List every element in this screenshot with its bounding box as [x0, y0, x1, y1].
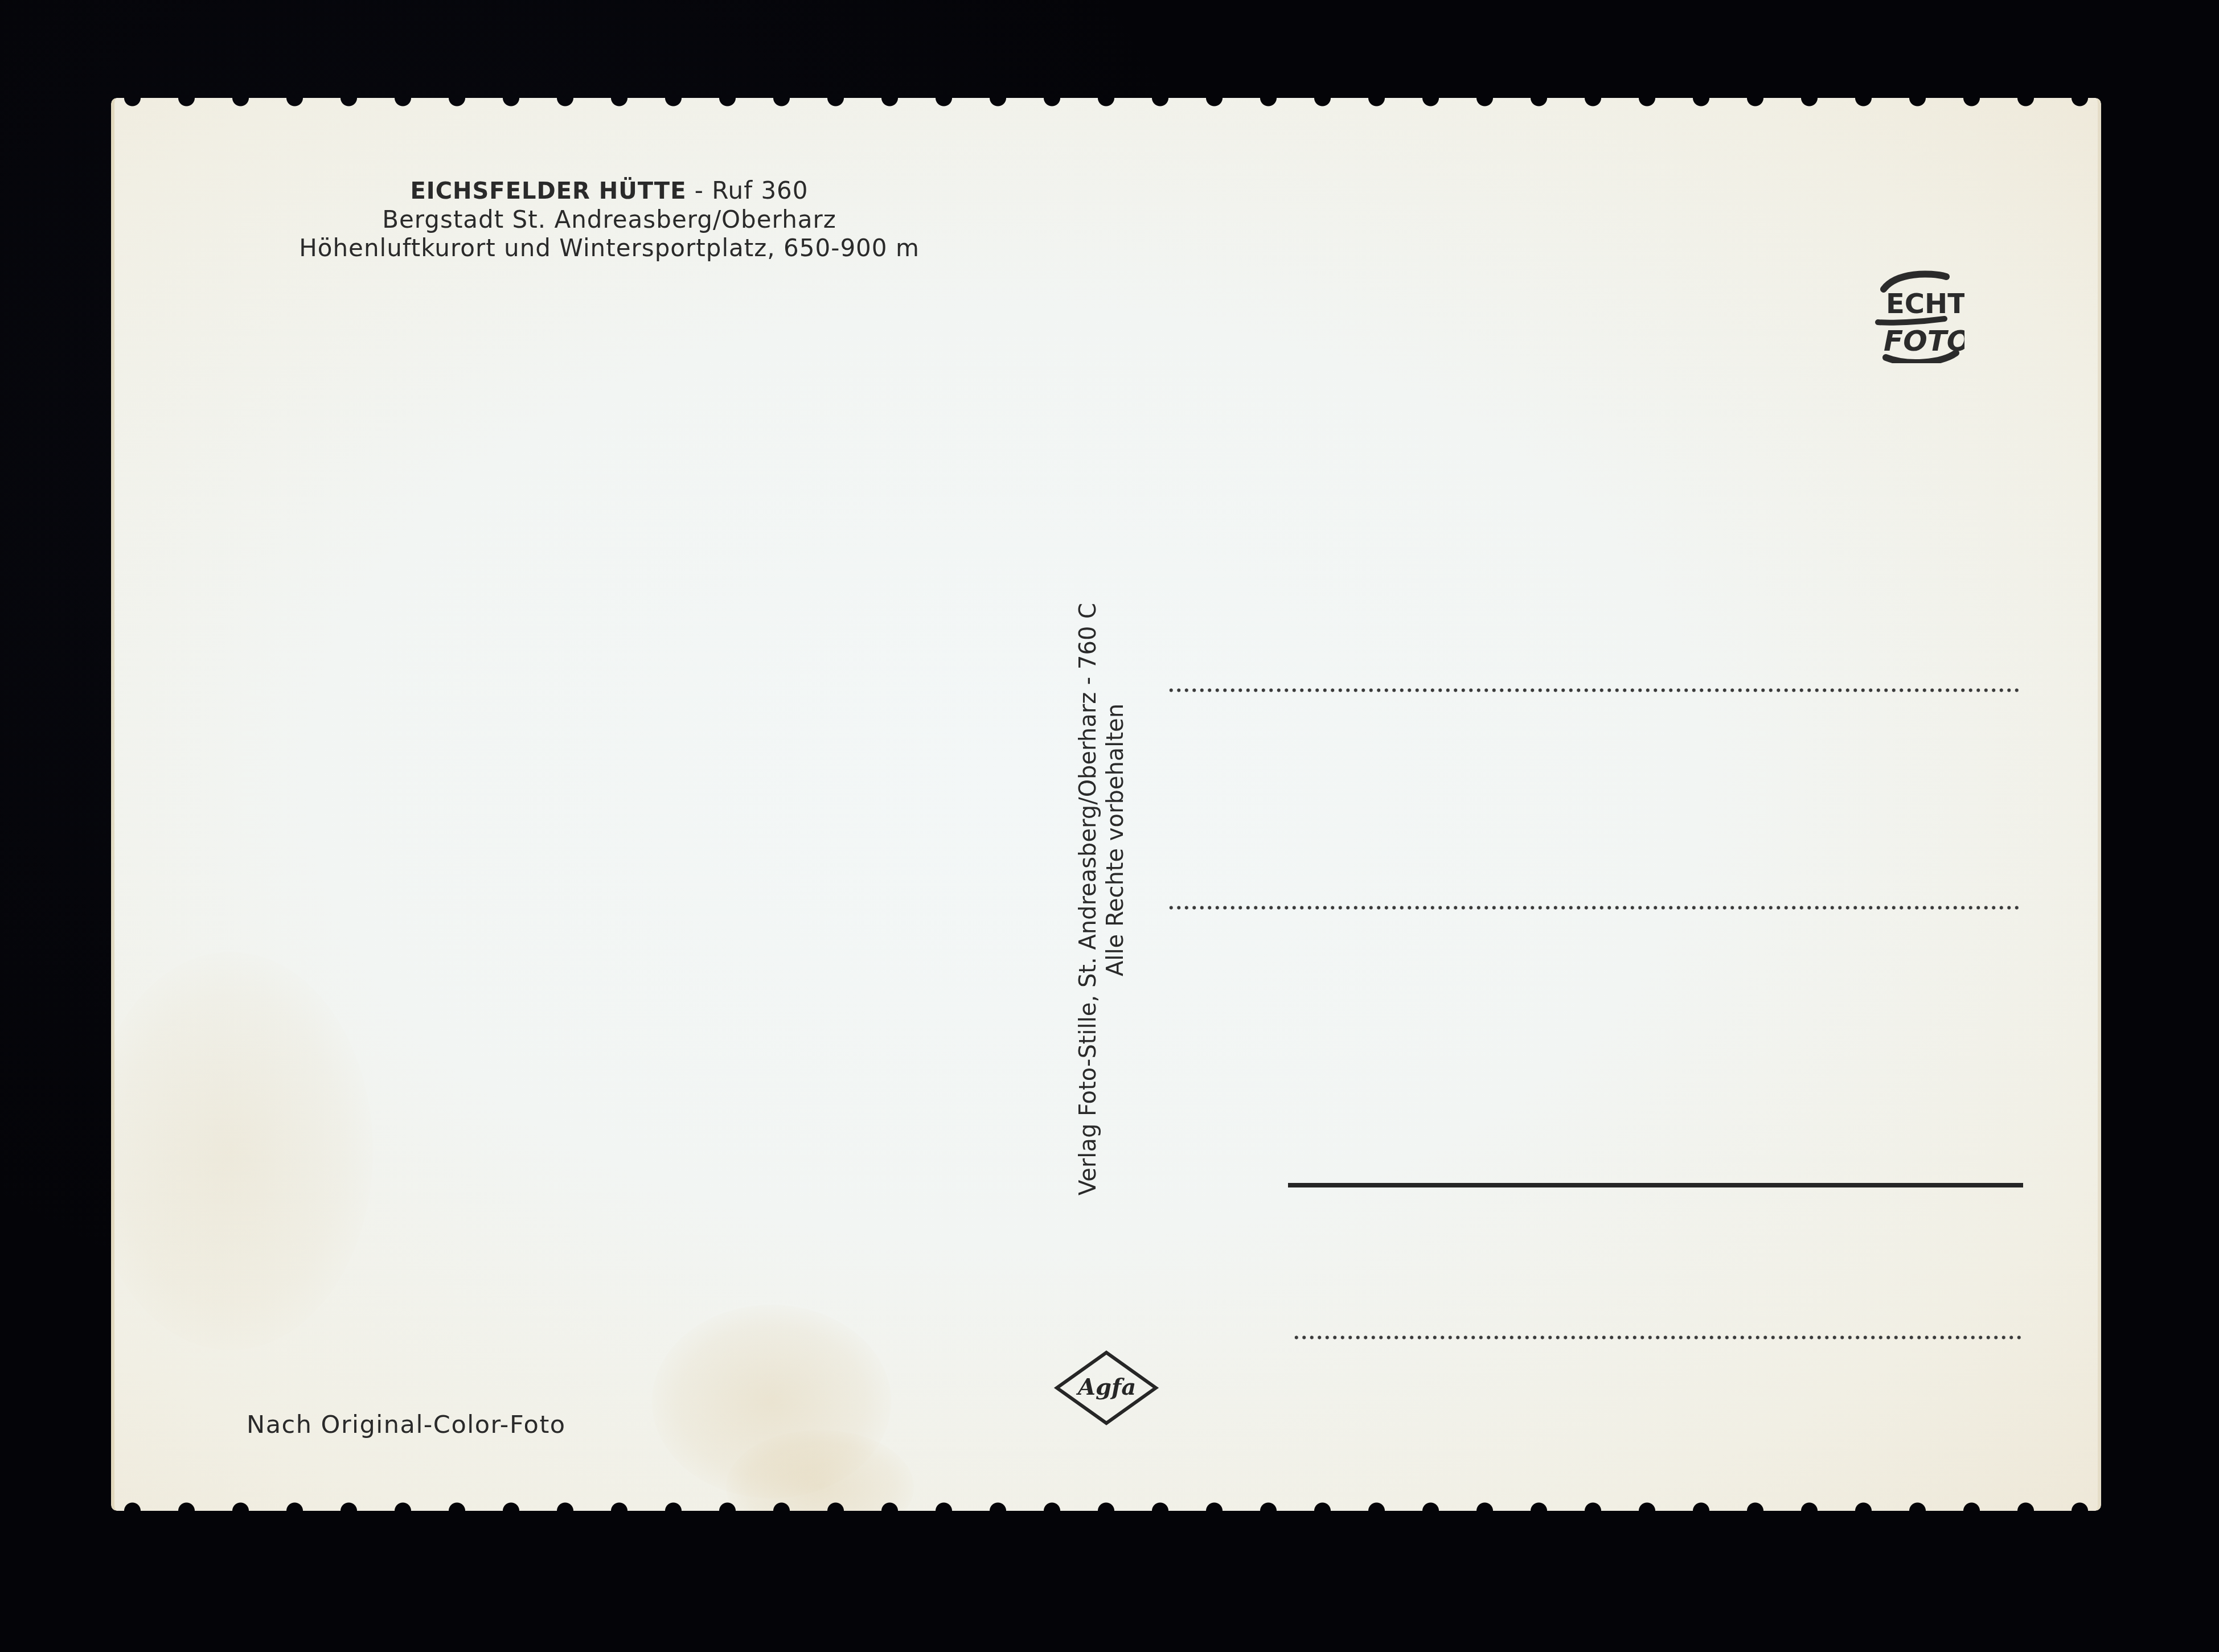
- hut-name: EICHSFELDER HÜTTE: [410, 178, 686, 204]
- stain: [88, 952, 373, 1350]
- header-line-2: Bergstadt St. Andreasberg/Oberharz: [228, 206, 991, 234]
- echt-foto-svg: ECHT FOTO: [1851, 249, 1964, 363]
- postcard-header: EICHSFELDER HÜTTE - Ruf 360 Bergstadt St…: [228, 176, 991, 262]
- agfa-logo-text: Agfa: [1076, 1374, 1136, 1400]
- footer-note: Nach Original-Color-Foto: [247, 1411, 566, 1439]
- publisher-line-2: Alle Rechte vorbehalten: [1102, 398, 1129, 1195]
- phone-number: - Ruf 360: [686, 176, 808, 204]
- header-line-3: Höhenluftkurort und Wintersportplatz, 65…: [228, 234, 991, 262]
- stamp-text-echt: ECHT: [1886, 288, 1964, 320]
- header-line-1: EICHSFELDER HÜTTE - Ruf 360: [228, 176, 991, 206]
- address-line-4: [1293, 1335, 2023, 1339]
- publisher-line-1: Verlag Foto-Stille, St. Andreasberg/Ober…: [1074, 398, 1102, 1195]
- address-line-2: [1167, 906, 2020, 910]
- agfa-diamond-svg: Agfa: [1052, 1348, 1160, 1428]
- stamp-text-foto: FOTO: [1884, 324, 1964, 357]
- publisher-imprint: Verlag Foto-Stille, St. Andreasberg/Ober…: [1074, 398, 1143, 1195]
- echt-foto-stamp-icon: ECHT FOTO: [1851, 249, 1964, 363]
- agfa-logo-icon: Agfa: [1052, 1348, 1160, 1428]
- address-line-3: [1288, 1183, 2023, 1187]
- stain: [652, 1305, 891, 1498]
- address-line-1: [1167, 688, 2020, 692]
